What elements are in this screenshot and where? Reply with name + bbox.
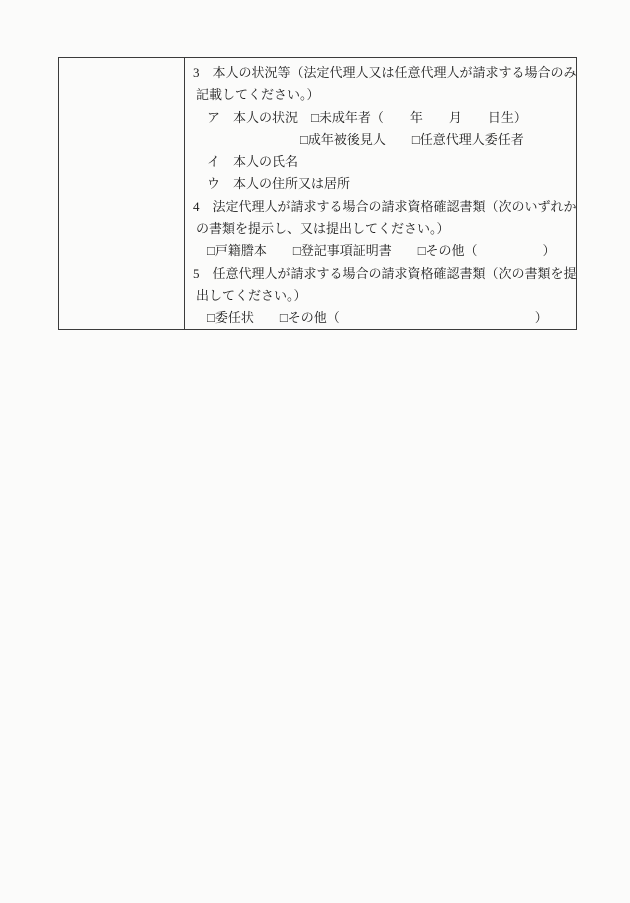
form-line-item3-u-address: ウ 本人の住所又は居所 [185, 173, 576, 195]
table-cell-content: 3 本人の状況等（法定代理人又は任意代理人が請求する場合のみ 記載してください。… [185, 58, 576, 329]
form-line-item3-a-status: ア 本人の状況 □未成年者（ 年 月 日生） [185, 107, 576, 129]
form-line-item4-checkboxes: □戸籍謄本 □登記事項証明書 □その他（ ） [185, 240, 576, 262]
form-line-item4-title-cont: の書類を提示し、又は提出してください。） [185, 218, 576, 240]
document-page: 3 本人の状況等（法定代理人又は任意代理人が請求する場合のみ 記載してください。… [0, 0, 630, 903]
form-line-item3-title: 3 本人の状況等（法定代理人又は任意代理人が請求する場合のみ [185, 62, 576, 84]
applicant-status-table: 3 本人の状況等（法定代理人又は任意代理人が請求する場合のみ 記載してください。… [58, 57, 577, 330]
table-cell-left-empty [59, 58, 185, 329]
form-line-item5-title-cont: 出してください。） [185, 285, 576, 307]
form-line-item4-title: 4 法定代理人が請求する場合の請求資格確認書類（次のいずれか [185, 196, 576, 218]
form-line-item5-title: 5 任意代理人が請求する場合の請求資格確認書類（次の書類を提 [185, 263, 576, 285]
form-line-item5-checkboxes: □委任状 □その他（ ） [185, 307, 576, 329]
form-line-item3-title-cont: 記載してください。） [185, 84, 576, 106]
form-line-item3-i-name: イ 本人の氏名 [185, 151, 576, 173]
form-line-item3-a-checkboxes: □成年被後見人 □任意代理人委任者 [185, 129, 576, 151]
